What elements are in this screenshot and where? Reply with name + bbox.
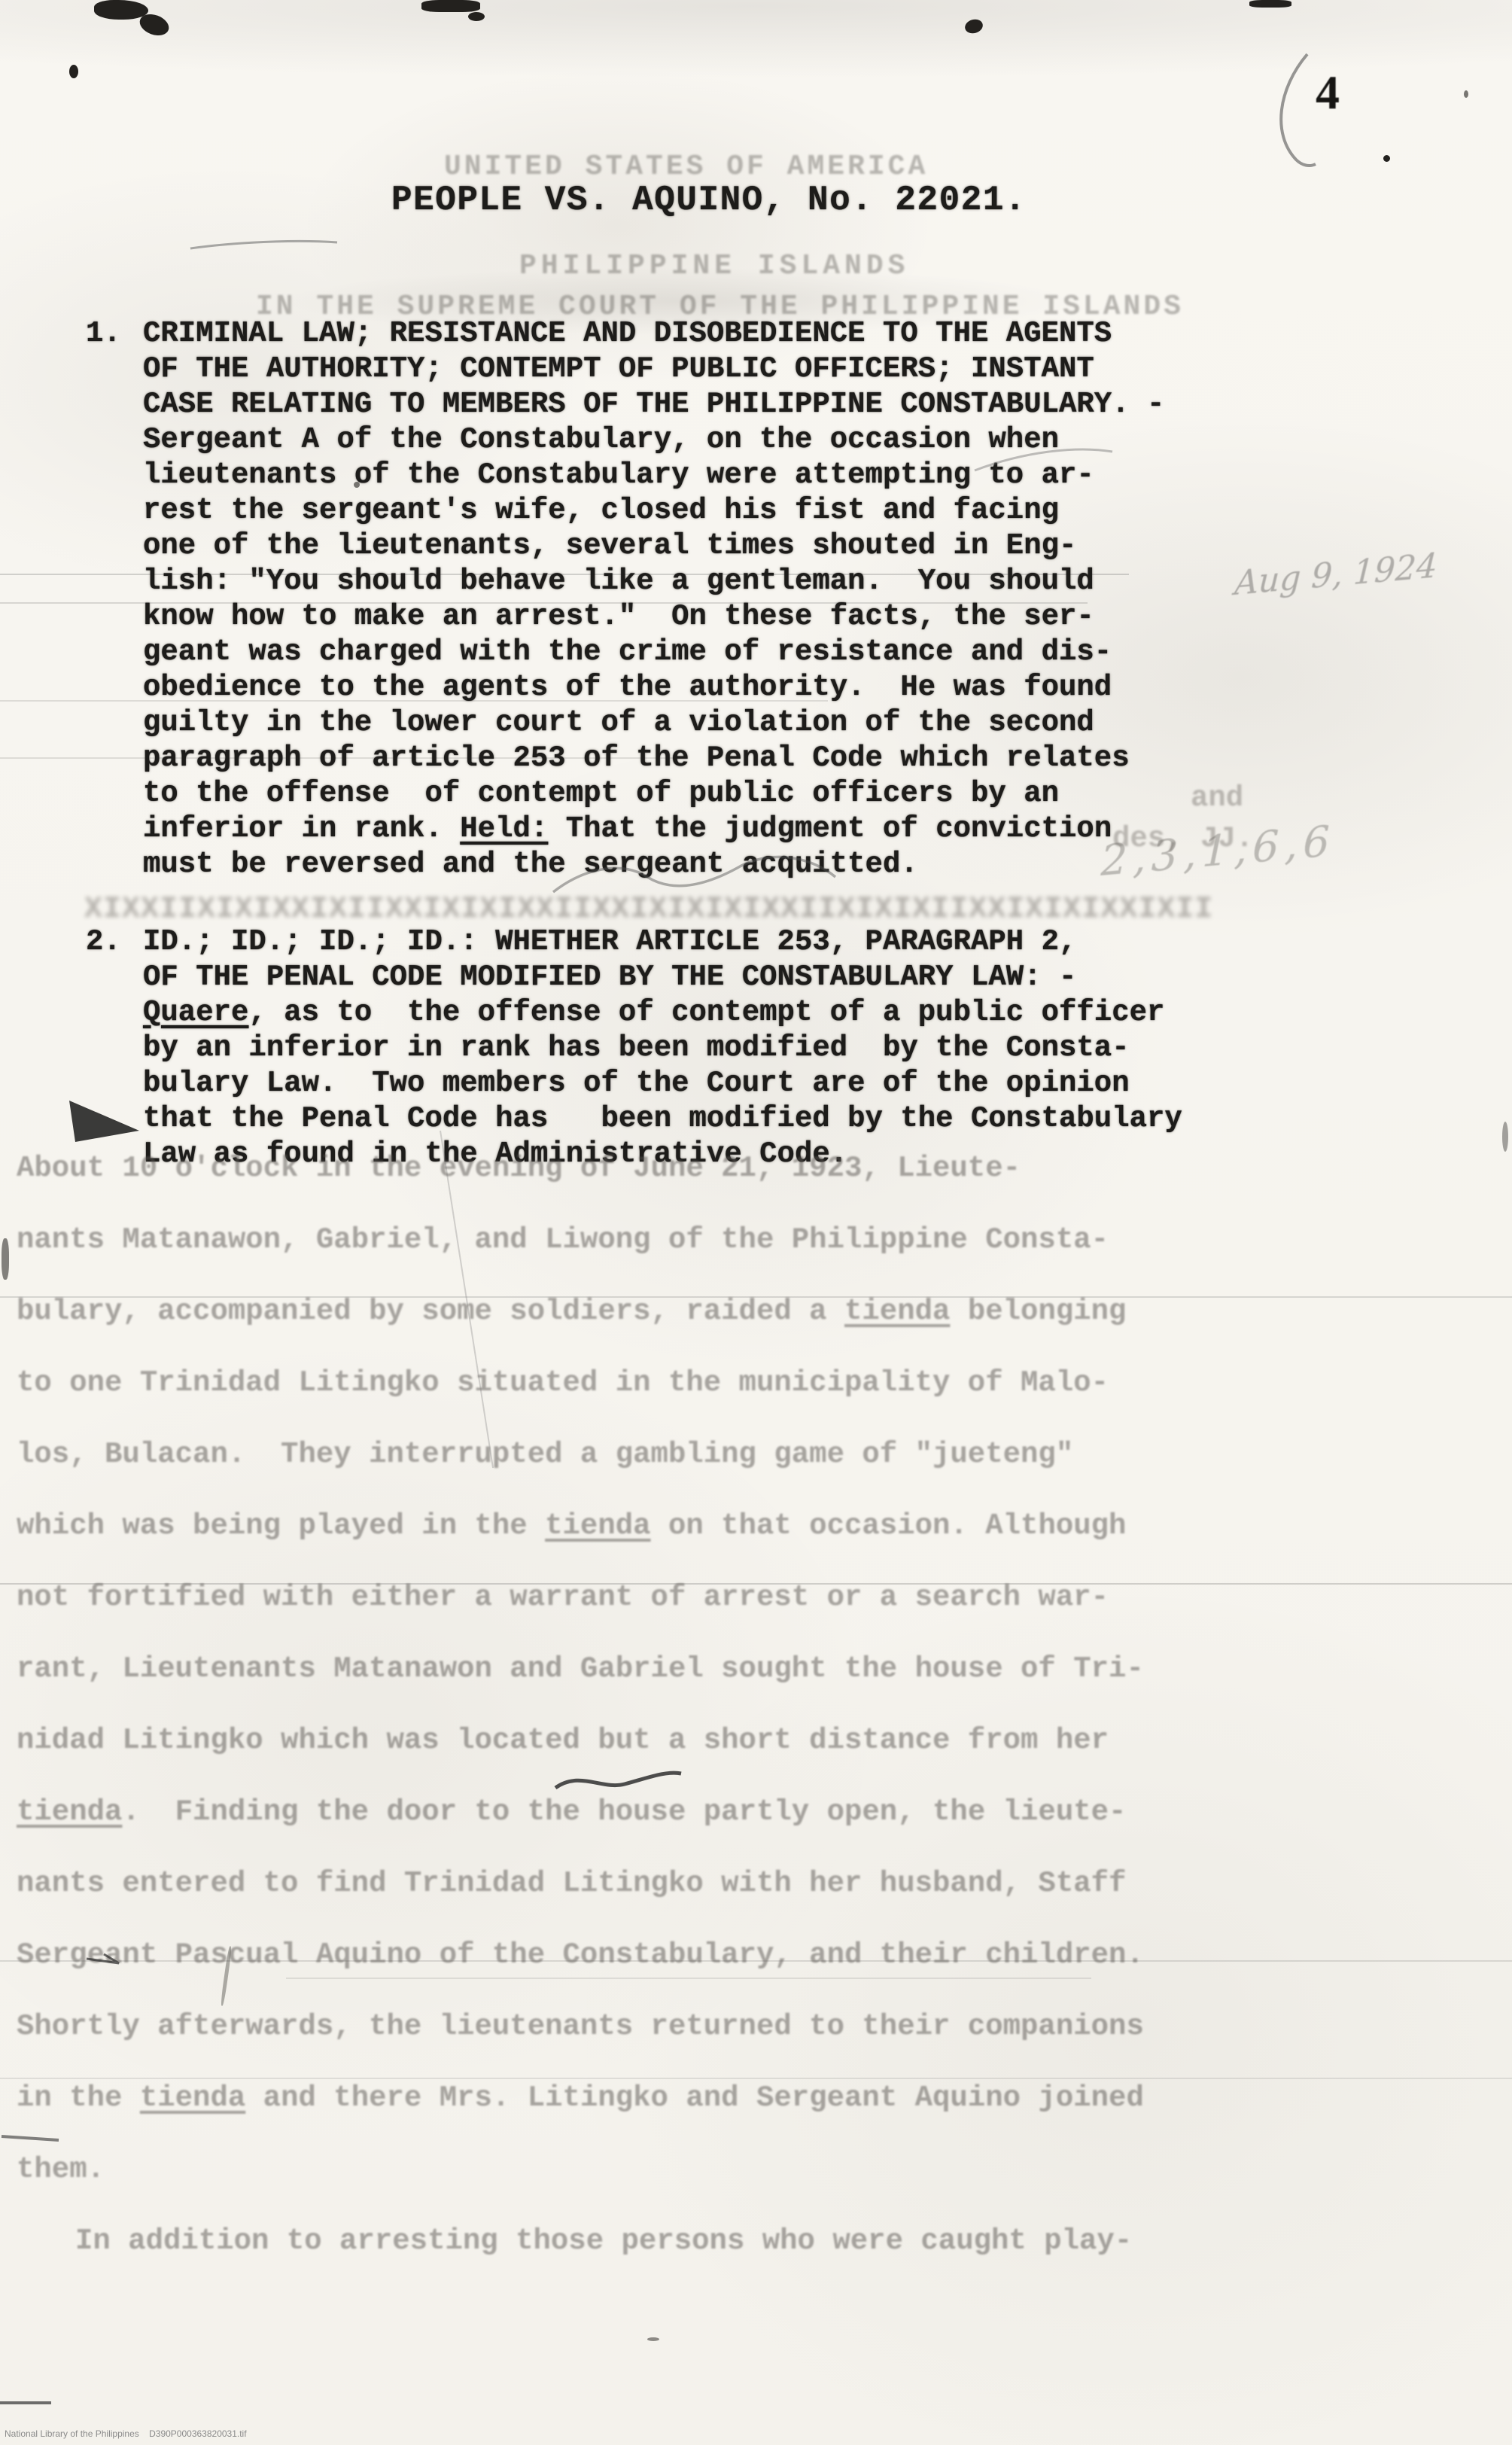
ink-arrow xyxy=(69,1101,139,1142)
pen-flourish xyxy=(975,449,1112,470)
pen-checkmark xyxy=(1281,54,1316,166)
pen-scribble-center xyxy=(553,857,835,892)
pen-marks-overlay xyxy=(0,0,1512,2445)
pen-squiggle-jueteng xyxy=(555,1773,681,1788)
scanned-document-page: 4 UNITED STATES OF AMERICA PEOPLE VS. AQ… xyxy=(0,0,1512,2445)
pen-mark-them xyxy=(2,2136,59,2140)
scratch-line xyxy=(440,1131,493,1468)
pen-dash-left xyxy=(87,1954,119,1963)
pen-stroke-left xyxy=(190,241,337,248)
